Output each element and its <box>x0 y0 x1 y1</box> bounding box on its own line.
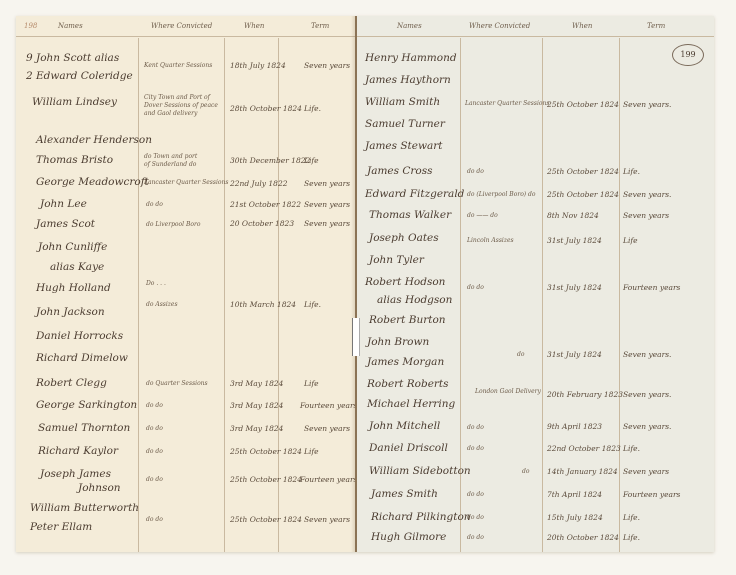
when-cell: 15th July 1824 <box>547 513 603 522</box>
page-marker: 198 <box>24 22 37 30</box>
where-cell: do —— do <box>467 212 498 219</box>
where-cell-line1: City Town and Port of <box>144 94 210 101</box>
name-cell: Robert Burton <box>369 314 446 326</box>
term-cell: Seven years. <box>623 100 671 109</box>
when-cell: 18th July 1824 <box>230 61 286 70</box>
term-cell: Seven years. <box>623 422 671 431</box>
when-cell: 25th October 1824 <box>547 100 619 109</box>
where-cell: do do <box>146 201 163 208</box>
name-cell: Richard Kaylor <box>38 445 118 457</box>
where-cell: Lincoln Assizes <box>467 237 514 244</box>
term-cell: Seven years. <box>623 390 671 399</box>
term-cell: Fourteen years <box>623 283 680 292</box>
when-cell: 14th January 1824 <box>547 467 618 476</box>
when-cell: 25th October 1824 <box>230 515 302 524</box>
term-cell: Fourteen years <box>300 475 357 484</box>
where-cell: do do <box>467 168 484 175</box>
when-cell: 31st July 1824 <box>547 236 602 245</box>
term-cell: Fourteen years <box>623 490 680 499</box>
name-cell: Thomas Walker <box>369 209 451 221</box>
term-cell: Seven years. <box>623 190 671 199</box>
name-cell: Robert Roberts <box>367 378 449 390</box>
name-cell: John Lee <box>40 198 87 210</box>
name-cell: John Brown <box>367 336 429 348</box>
header-where-convicted: Where Convicted <box>469 22 530 30</box>
when-cell: 3rd May 1824 <box>230 379 283 388</box>
name-cell-continued: alias Hodgson <box>377 294 452 306</box>
where-cell: do Quarter Sessions <box>146 380 208 387</box>
where-cell: do do <box>467 491 484 498</box>
header-term: Term <box>647 22 665 30</box>
folio-number: 199 <box>672 44 704 66</box>
where-cell: do do <box>146 402 163 409</box>
term-cell: Seven years. <box>623 350 671 359</box>
term-cell: Seven years <box>304 179 350 188</box>
name-cell: Robert Clegg <box>36 377 107 389</box>
where-cell-line3: and Gaol delivery <box>144 110 197 117</box>
name-cell: Hugh Holland <box>36 282 111 294</box>
name-cell: Edward Fitzgerald <box>365 188 464 200</box>
term-cell: Seven years <box>304 219 350 228</box>
name-cell: Daniel Horrocks <box>36 330 123 342</box>
name-cell: Robert Hodson <box>365 276 445 288</box>
when-cell: 9th April 1823 <box>547 422 602 431</box>
name-cell: William Smith <box>365 96 440 108</box>
where-cell: do do <box>467 534 484 541</box>
name-cell: Samuel Turner <box>365 118 445 130</box>
ledger-spread: 198 Names Where Convicted When Term 9 Jo… <box>16 16 714 552</box>
name-cell: Michael Herring <box>367 398 455 410</box>
name-cell: James Scot <box>36 218 95 230</box>
term-cell: Seven years <box>304 200 350 209</box>
when-cell: 20 October 1823 <box>230 219 294 228</box>
book-gutter <box>355 16 357 552</box>
when-cell: 20th October 1824 <box>547 533 619 542</box>
term-cell: Seven years <box>623 467 669 476</box>
name-cell: George Sarkington <box>36 399 137 411</box>
where-cell: Kent Quarter Sessions <box>144 62 212 69</box>
term-cell: Life. <box>623 533 640 542</box>
where-cell: do Liverpool Boro <box>146 221 200 228</box>
name-cell: John Mitchell <box>369 420 440 432</box>
term-cell: Seven years <box>304 424 350 433</box>
term-cell: Life. <box>304 104 321 113</box>
where-cell-line2: Dover Sessions of peace <box>144 102 218 109</box>
name-cell: Peter Ellam <box>30 521 92 533</box>
where-cell: do Assizes <box>146 301 178 308</box>
where-cell-line2: of Sunderland do <box>144 161 196 168</box>
when-cell: 3rd May 1824 <box>230 401 283 410</box>
when-cell: 21st October 1822 <box>230 200 301 209</box>
name-cell: 9 John Scott alias <box>26 52 119 64</box>
where-cell: do do <box>146 476 163 483</box>
when-cell: 31st July 1824 <box>547 283 602 292</box>
name-cell: William Butterworth <box>30 502 139 514</box>
when-cell: 8th Nov 1824 <box>547 211 599 220</box>
term-cell: Life <box>623 236 638 245</box>
header-when: When <box>572 22 592 30</box>
name-cell: William Lindsey <box>32 96 117 108</box>
header-names: Names <box>58 22 83 30</box>
name-cell: James Morgan <box>367 356 444 368</box>
term-cell: Fourteen years <box>300 401 357 410</box>
where-cell: do <box>517 351 524 358</box>
name-cell: James Cross <box>367 165 433 177</box>
when-cell: 7th April 1824 <box>547 490 602 499</box>
where-cell: do do <box>146 425 163 432</box>
when-cell: 25th October 1824 <box>230 475 302 484</box>
when-cell: 22nd July 1822 <box>230 179 288 188</box>
term-cell: Life <box>304 379 319 388</box>
where-cell: do do <box>467 284 484 291</box>
name-cell: John Cunliffe <box>38 241 107 253</box>
when-cell: 25th October 1824 <box>547 167 619 176</box>
where-cell: do (Liverpool Boro) do <box>467 191 536 198</box>
left-page: 198 Names Where Convicted When Term 9 Jo… <box>16 16 357 552</box>
name-cell: Samuel Thornton <box>38 422 130 434</box>
name-cell: James Smith <box>371 488 438 500</box>
where-cell: do do <box>146 448 163 455</box>
name-cell: Henry Hammond <box>365 52 457 64</box>
where-cell: do do <box>467 514 484 521</box>
where-cell: do do <box>467 424 484 431</box>
when-cell: 10th March 1824 <box>230 300 296 309</box>
where-cell: do do <box>146 516 163 523</box>
name-cell: Thomas Bristo <box>36 154 113 166</box>
where-cell: Lancaster Quarter Sessions <box>465 100 549 107</box>
when-cell: 31st July 1824 <box>547 350 602 359</box>
where-cell: Do . . . <box>146 280 166 287</box>
name-cell: George Meadowcroft <box>36 176 149 188</box>
header-names: Names <box>397 22 422 30</box>
when-cell: 25th October 1824 <box>230 447 302 456</box>
when-cell: 20th February 1823 <box>547 390 623 399</box>
header-term: Term <box>311 22 329 30</box>
term-cell: Life. <box>304 300 321 309</box>
when-cell: 22nd October 1823 <box>547 444 621 453</box>
when-cell: 30th December 1822 <box>230 156 310 165</box>
binding-tear <box>352 318 360 356</box>
term-cell: Life. <box>623 167 640 176</box>
name-cell: Alexander Henderson <box>36 134 152 146</box>
when-cell: 28th October 1824 <box>230 104 302 113</box>
right-page: Names Where Convicted When Term 199 Henr… <box>357 16 714 552</box>
where-cell: do do <box>467 445 484 452</box>
term-cell: Seven years <box>623 211 669 220</box>
where-cell-line1: do Town and port <box>144 153 197 160</box>
where-cell: Lancaster Quarter Sessions <box>144 179 228 186</box>
header-when: When <box>244 22 264 30</box>
term-cell: Life. <box>623 513 640 522</box>
name-cell: John Tyler <box>369 254 424 266</box>
name-cell: Richard Dimelow <box>36 352 128 364</box>
name-cell: Daniel Driscoll <box>369 442 448 454</box>
where-cell: do <box>522 468 529 475</box>
name-cell: Joseph James <box>40 468 111 480</box>
name-cell: Joseph Oates <box>369 232 439 244</box>
name-cell: John Jackson <box>36 306 105 318</box>
name-cell: 2 Edward Coleridge <box>26 70 133 82</box>
name-cell: alias Kaye <box>50 261 104 273</box>
term-cell: Life. <box>623 444 640 453</box>
name-cell: James Stewart <box>365 140 442 152</box>
where-cell: London Gaol Delivery <box>475 388 541 395</box>
name-cell: Hugh Gilmore <box>371 531 446 543</box>
name-cell: James Haythorn <box>365 74 451 86</box>
when-cell: 25th October 1824 <box>547 190 619 199</box>
name-cell: William Sidebotton <box>369 465 471 477</box>
term-cell: Seven years <box>304 61 350 70</box>
name-cell: Richard Pilkington <box>371 511 471 523</box>
term-cell: Life <box>304 156 319 165</box>
term-cell: Life <box>304 447 319 456</box>
term-cell: Seven years <box>304 515 350 524</box>
name-cell-continued: Johnson <box>78 482 121 494</box>
header-where-convicted: Where Convicted <box>151 22 212 30</box>
when-cell: 3rd May 1824 <box>230 424 283 433</box>
